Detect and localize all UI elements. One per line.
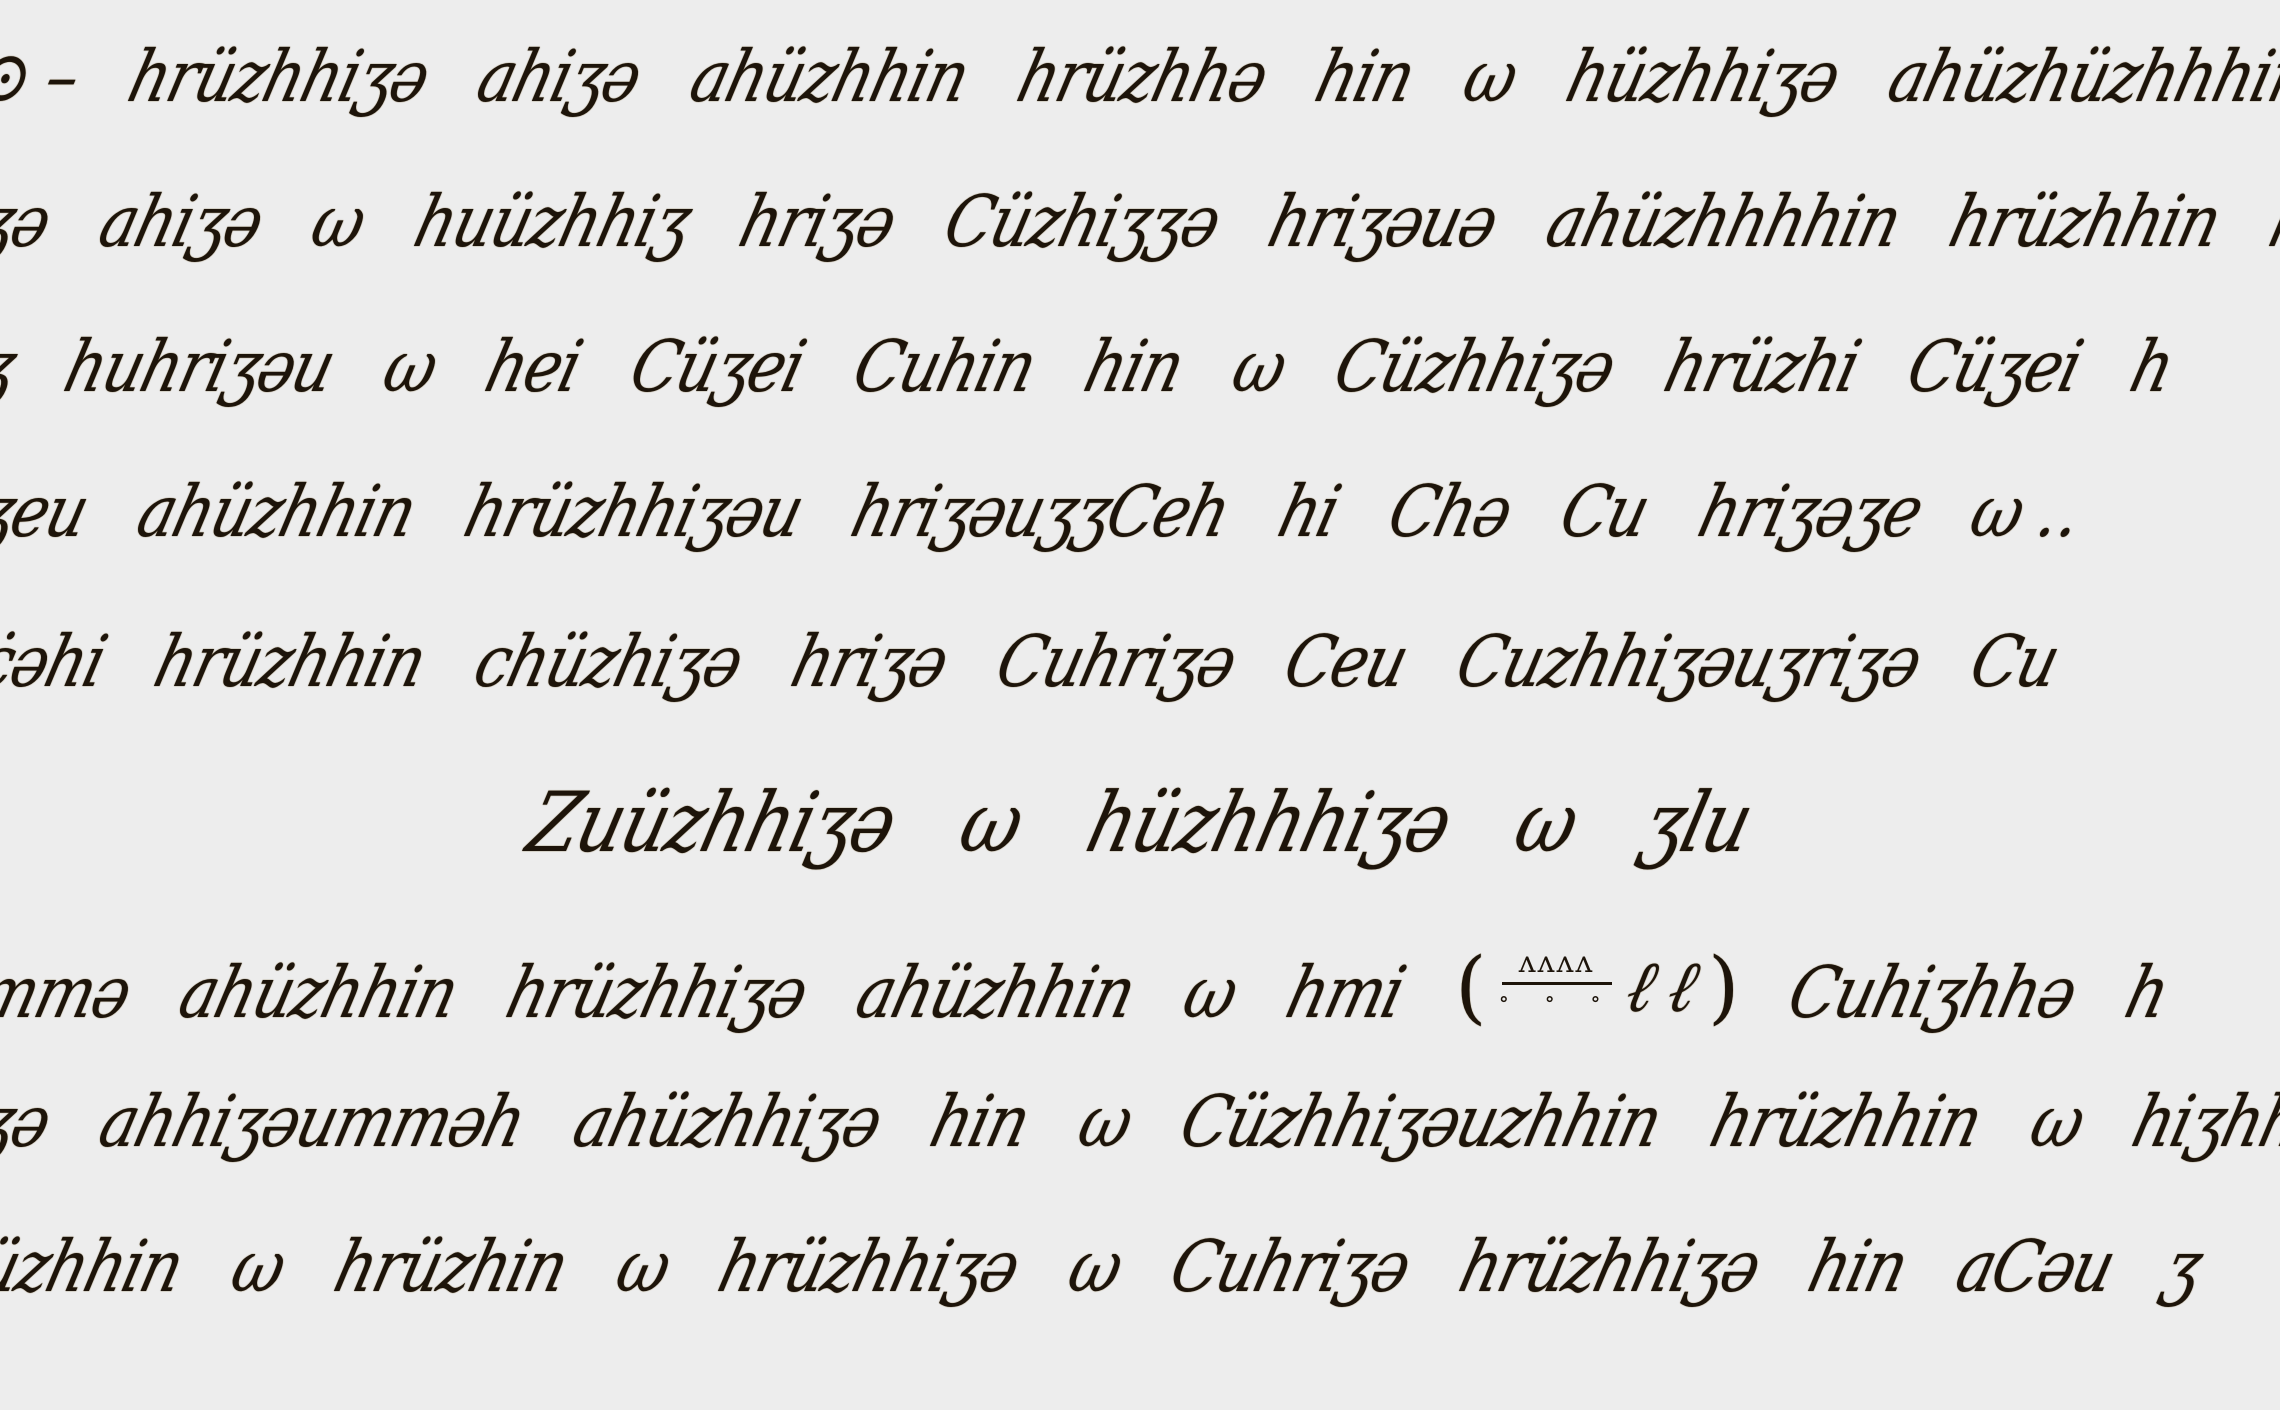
glyph-word: hriʒəʒe <box>1690 470 1930 554</box>
manuscript-page: ⊙ – hrüzhhiʒə ahiʒə ahüzhhin hrüzhhə hin… <box>0 0 2280 1410</box>
glyph-word: hüzhhiʒə <box>1558 35 1847 119</box>
text-line-5: ċəhi hrüzhhin chüzhiʒə hriʒə Cuhriʒə Ceu… <box>0 625 2280 698</box>
glyph-word: hriʒəuʒʒCeh <box>844 470 1238 554</box>
glyph-word: hrüzhhin <box>147 620 434 704</box>
glyph-word: hin <box>1801 1225 1916 1309</box>
glyph-word: hin <box>1076 325 1191 409</box>
glyph-word: hrüzhhin <box>1702 1080 1989 1164</box>
text-line-8: üzhhin ω hrüzhin ω hrüzhhiʒə ω Cuhriʒə h… <box>0 1230 2280 1303</box>
glyph-word: Cuhriʒə <box>988 620 1243 704</box>
glyph-word: hin <box>1308 35 1423 119</box>
glyph-fraction: ʌʌʌʌ ∘ ∘ ∘ <box>1498 945 1614 1012</box>
text-line-3: ʒ huhriʒəu ω hei Cüʒei Cuhin hin ω Cüzhh… <box>0 330 2280 403</box>
glyph-word: ω <box>608 1225 677 1309</box>
glyph-word: hrüzhhiʒəu <box>456 470 810 554</box>
heading-word: hüzhhhiʒə <box>1078 774 1460 871</box>
glyph-word: ω <box>1070 1080 1139 1164</box>
glyph-word: mmə <box>0 951 139 1035</box>
centered-heading: Zuüzhhiʒə ω hüzhhhiʒə ω ʒlu <box>0 780 2280 864</box>
glyph-word: hrüzhin <box>326 1225 575 1309</box>
glyph-word: ahüzhhin <box>129 470 423 554</box>
glyph-word: hei <box>478 325 589 409</box>
glyph-word: hrüzhhiʒə <box>499 951 815 1035</box>
glyph-word: ʒə <box>0 180 58 264</box>
glyph-word: ω <box>1456 35 1525 119</box>
glyph-word: hrüzhhiʒə <box>120 35 436 119</box>
open-paren: ( <box>1455 940 1484 1033</box>
glyph-word: chüzhiʒə <box>467 620 751 704</box>
glyph-word: hrüzhi <box>1656 325 1867 409</box>
glyph-word: ω <box>1224 325 1293 409</box>
heading-word: Zuüzhhiʒə <box>519 774 905 871</box>
glyph-word: Cüzhhiʒə <box>1327 325 1623 409</box>
glyph-word: Cüzhiʒʒə <box>936 180 1227 264</box>
heading-word: ʒlu <box>1633 774 1761 871</box>
glyph-word: aCəu <box>1949 1225 2123 1309</box>
text-line-6: mmə ahüzhhin hrüzhhiʒə ahüzhhin ω hmi ( … <box>0 940 2280 1033</box>
glyph-word: ω <box>1176 951 1245 1035</box>
glyph-word: h <box>2118 951 2177 1035</box>
glyph-word: hrüzhhin <box>1942 180 2229 264</box>
glyph-word: hin <box>923 1080 1038 1164</box>
fraction-numerator: ʌʌʌʌ <box>1519 945 1595 980</box>
glyph-word: Cu <box>1962 620 2066 704</box>
glyph-word: ahüzhhin <box>682 35 976 119</box>
glyph-word: huhriʒəu <box>57 325 343 409</box>
glyph-word: hriʒə <box>783 620 955 704</box>
heading-word: ω <box>1506 774 1587 871</box>
glyph-word: Cüʒei <box>1900 325 2090 409</box>
glyph-word: ʒə <box>0 1080 58 1164</box>
fraction-denominator: ∘ ∘ ∘ <box>1498 987 1614 1012</box>
glyph-word: huüzhhiʒ <box>406 180 698 264</box>
glyph-word: hiʒhhiʒ <box>2125 1080 2280 1164</box>
glyph-word: ω <box>224 1225 293 1309</box>
glyph-word: hmi <box>1278 951 1411 1035</box>
glyph-word: hriʒəuə <box>1261 180 1506 264</box>
glyph-word: ʒ <box>0 325 23 409</box>
glyph-word: hriʒə <box>731 180 903 264</box>
close-paren: ) <box>1708 940 1737 1033</box>
glyph-word: hrüzhhiʒə <box>711 1225 1027 1309</box>
glyph-word: Cuzhhiʒəuʒriʒə <box>1449 620 1929 704</box>
glyph-word: ʒ <box>2156 1225 2210 1309</box>
glyph-word: ahiʒə <box>91 180 270 264</box>
glyph-word: heu <box>2261 180 2280 264</box>
glyph-word: ahüzhhiʒə <box>566 1080 890 1164</box>
glyph-word: Cuhin <box>845 325 1043 409</box>
glyph-word: Cu <box>1553 470 1657 554</box>
glyph-word: ʒeu <box>0 470 96 554</box>
glyph-word: ω <box>304 180 373 264</box>
glyph-word: ⊙ – <box>0 35 87 119</box>
glyph-word: h <box>2123 325 2182 409</box>
glyph-word: hi <box>1271 470 1348 554</box>
glyph-word: Ceu <box>1277 620 1416 704</box>
formula-group: ( ʌʌʌʌ ∘ ∘ ∘ ℓ ℓ ) <box>1455 940 1737 1033</box>
text-line-7: ʒə ahhiʒəumməh ahüzhhiʒə hin ω Cüzhhiʒəu… <box>0 1085 2280 1158</box>
glyph-word: ahüzhhin <box>172 951 466 1035</box>
glyph-word: Cuhiʒhhə <box>1781 951 2085 1035</box>
text-line-2: ʒə ahiʒə ω huüzhhiʒ hriʒə Cüzhiʒʒə hriʒə… <box>0 185 2280 258</box>
glyph-word: ℓ ℓ <box>1618 944 1705 1029</box>
glyph-word: ahüzhhin <box>848 951 1142 1035</box>
text-line-1: ⊙ – hrüzhhiʒə ahiʒə ahüzhhin hrüzhhə hin… <box>0 40 2280 113</box>
glyph-word: ahhiʒəumməh <box>91 1080 532 1164</box>
glyph-word: Cuhriʒə <box>1163 1225 1418 1309</box>
fraction-bar <box>1502 982 1612 985</box>
glyph-word: ċəhi <box>0 620 114 704</box>
glyph-word: ω <box>1060 1225 1129 1309</box>
glyph-word: ahüzhhhhin <box>1539 180 1909 264</box>
glyph-word: üzhhin <box>0 1225 191 1309</box>
glyph-word: ahiʒə <box>470 35 649 119</box>
text-line-4: ʒeu ahüzhhin hrüzhhiʒəu hriʒəuʒʒCeh hi C… <box>0 475 2280 548</box>
glyph-word: ω <box>375 325 444 409</box>
heading-word: ω <box>951 774 1032 871</box>
glyph-word: Chə <box>1381 470 1520 554</box>
glyph-word: hrüzhhə <box>1009 35 1275 119</box>
glyph-word: ahüzhüzhhhin <box>1880 35 2280 119</box>
glyph-word: Cüzhhiʒəuzhhin <box>1173 1080 1670 1164</box>
glyph-word: ω ‥ <box>1963 470 2090 554</box>
glyph-word: Cüʒei <box>622 325 812 409</box>
glyph-word: ω <box>2022 1080 2091 1164</box>
glyph-word: hrüzhhiʒə <box>1451 1225 1767 1309</box>
